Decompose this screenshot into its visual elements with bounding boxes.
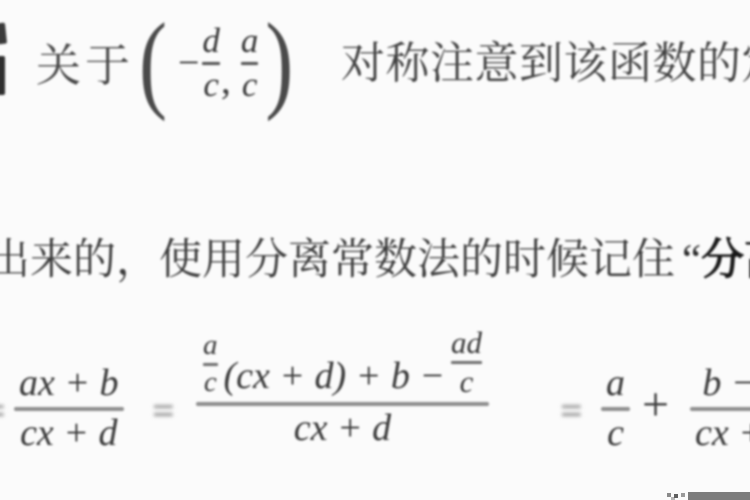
numerator: a c (cx + d) + b − ad c bbox=[196, 326, 489, 401]
plus-sign: + bbox=[642, 381, 669, 429]
equals-sign-1: = bbox=[152, 391, 175, 431]
equals-sign-2: = bbox=[560, 391, 583, 431]
numerator: a bbox=[601, 362, 630, 406]
watermark-bar bbox=[688, 492, 750, 500]
watermark-speckles bbox=[667, 493, 671, 497]
middle-terms: (cx + d) + b − bbox=[224, 356, 445, 399]
denominator: cx + bbox=[690, 412, 750, 456]
numerator: b − bbox=[697, 362, 750, 406]
document-page: 关于 ( − d c , a c ) 对称注意到该函数的定 出来的，使用分离常数… bbox=[0, 0, 750, 500]
subfraction-a-over-c: a c bbox=[203, 330, 218, 399]
fraction-clipped-right: b − cx + bbox=[690, 362, 750, 455]
display-formula: = ax + b cx + d = a c (cx + d) + b − ad … bbox=[0, 0, 750, 500]
numerator: ad bbox=[451, 326, 482, 360]
denominator: cx + d bbox=[15, 412, 122, 456]
fraction-bar bbox=[690, 407, 750, 411]
numerator: ax + b bbox=[14, 362, 124, 406]
fraction-a-over-c-result: a c bbox=[601, 362, 630, 455]
fraction-bar bbox=[14, 407, 124, 411]
denominator: c bbox=[602, 412, 629, 456]
denominator: c bbox=[204, 367, 217, 399]
equals-sign-clipped: = bbox=[0, 391, 6, 431]
fraction-bar bbox=[601, 407, 630, 411]
denominator: cx + d bbox=[289, 407, 396, 451]
fraction-axb-over-cxd: ax + b cx + d bbox=[14, 362, 124, 455]
denominator: c bbox=[460, 365, 474, 399]
numerator: a bbox=[203, 330, 218, 362]
subfraction-ad-over-c: ad c bbox=[451, 326, 482, 399]
fraction-bar bbox=[196, 402, 489, 406]
fraction-expanded: a c (cx + d) + b − ad c cx + d bbox=[196, 326, 489, 451]
